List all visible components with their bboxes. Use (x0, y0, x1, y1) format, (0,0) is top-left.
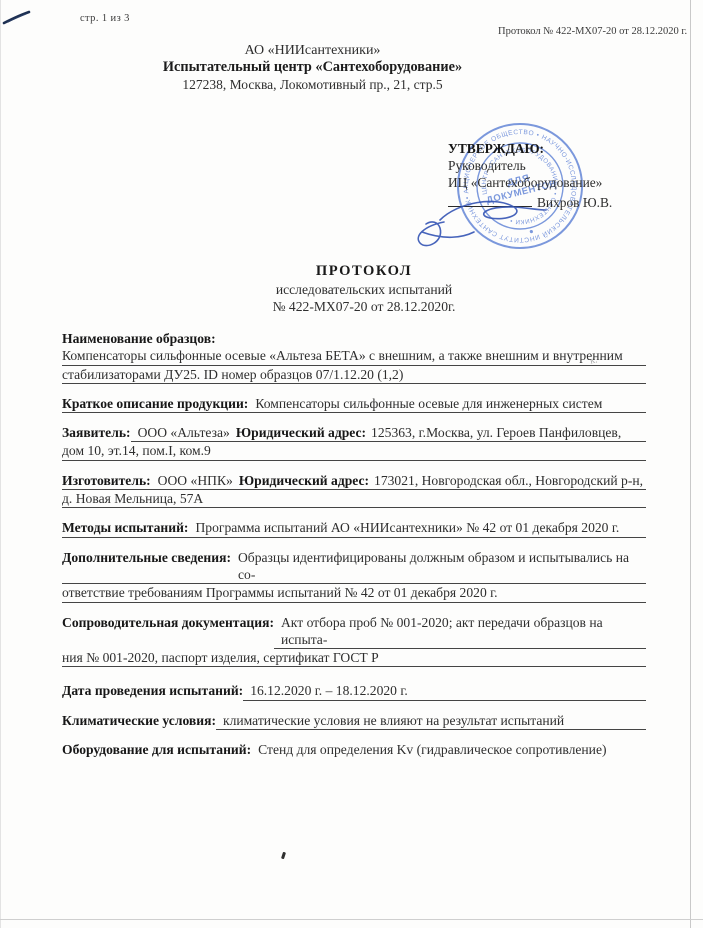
legal-address-label: Юридический адрес: (230, 425, 371, 440)
field-label: Заявитель: (62, 424, 131, 441)
field-value: Программа испытаний АО «НИИсантехники» №… (188, 519, 646, 536)
field-row: Заявитель: ООО «Альтеза»Юридический адре… (62, 424, 646, 442)
field-test-dates: Дата проведения испытаний: 16.12.2020 г.… (62, 682, 646, 700)
field-label: Дата проведения испытаний: (62, 682, 243, 699)
test-center-name: Испытательный центр «Сантехоборудование» (0, 59, 625, 76)
field-label: Методы испытаний: (62, 519, 188, 536)
legal-address-value: 125363, г.Москва, ул. Героев Панфиловцев… (371, 425, 621, 440)
field-value-continuation: д. Новая Мельница, 57А (62, 490, 646, 508)
field-applicant: Заявитель: ООО «Альтеза»Юридический адре… (62, 424, 646, 461)
field-value: Образцы идентифицированы должным образом… (231, 549, 646, 584)
organization-name: АО «НИИсантехники» (0, 42, 625, 59)
field-value: Компенсаторы сильфонные осевые «Альтеза … (62, 347, 646, 365)
field-label: Сопроводительная документация: (62, 614, 274, 631)
page-number: стр. 1 из 3 (80, 13, 130, 24)
field-value: Стенд для определения Kv (гидравлическое… (251, 741, 646, 758)
protocol-reference: Протокол № 422-МХ07-20 от 28.12.2020 г. (498, 26, 703, 37)
field-value: Акт отбора проб № 001-2020; акт передачи… (274, 614, 646, 650)
field-row: Оборудование для испытаний: Стенд для оп… (62, 741, 646, 758)
legal-address-label: Юридический адрес: (233, 473, 374, 488)
organization-address: 127238, Москва, Локомотивный пр., 21, ст… (0, 76, 625, 93)
field-value: стабилизаторами ДУ25. ID номер образцов … (62, 366, 646, 384)
field-label: Наименование образцов: (62, 330, 216, 347)
legal-address-value: 173021, Новгородская обл., Новгородский … (374, 473, 643, 488)
field-additional-info: Дополнительные сведения: Образцы идентиф… (62, 549, 646, 603)
field-row: Дополнительные сведения: Образцы идентиф… (62, 549, 646, 585)
field-label: Краткое описание продукции: (62, 395, 248, 412)
field-value: Компенсаторы сильфонные осевые для инжен… (248, 395, 646, 412)
document-subtitle: исследовательских испытаний (24, 281, 703, 299)
field-label: Изготовитель: (62, 472, 151, 489)
field-test-equipment: Оборудование для испытаний: Стенд для оп… (62, 741, 646, 758)
field-label: Оборудование для испытаний: (62, 741, 251, 758)
field-row: Сопроводительная документация: Акт отбор… (62, 614, 646, 650)
scan-edge-left (0, 0, 1, 928)
field-row: Дата проведения испытаний: 16.12.2020 г.… (62, 682, 646, 700)
field-row: Климатические условия: климатические усл… (62, 712, 646, 730)
field-value-continuation: дом 10, эт.14, пом.I, ком.9 (62, 442, 646, 460)
field-label-row: Наименование образцов: (62, 330, 646, 347)
approver-role: Руководитель (448, 157, 612, 174)
ink-speck (281, 852, 286, 860)
document-title: ПРОТОКОЛ (24, 263, 703, 281)
field-row: Методы испытаний: Программа испытаний АО… (62, 519, 646, 537)
document-title-block: ПРОТОКОЛ исследовательских испытаний № 4… (24, 263, 703, 316)
pen-mark (2, 8, 36, 30)
field-row: Краткое описание продукции: Компенсаторы… (62, 395, 646, 413)
field-value: ООО «Альтеза»Юридический адрес:125363, г… (131, 424, 646, 442)
field-manufacturer: Изготовитель: ООО «НПК»Юридический адрес… (62, 472, 646, 509)
field-product-description: Краткое описание продукции: Компенсаторы… (62, 395, 646, 413)
field-accompanying-docs: Сопроводительная документация: Акт отбор… (62, 614, 646, 668)
field-value-continuation: ния № 001-2020, паспорт изделия, сертифи… (62, 649, 646, 667)
applicant-name: ООО «Альтеза» (138, 425, 230, 440)
field-value: 16.12.2020 г. – 18.12.2020 г. (243, 682, 646, 700)
field-value: ООО «НПК»Юридический адрес:173021, Новго… (151, 472, 646, 489)
scan-edge-bottom (0, 919, 703, 920)
handwritten-signature (410, 180, 590, 258)
approval-title: УТВЕРЖДАЮ: (448, 140, 612, 157)
letterhead: АО «НИИсантехники» Испытательный центр «… (0, 42, 625, 93)
manufacturer-name: ООО «НПК» (158, 473, 233, 488)
field-row: Изготовитель: ООО «НПК»Юридический адрес… (62, 472, 646, 490)
field-label: Климатические условия: (62, 712, 216, 729)
field-value-continuation: ответствие требованиям Программы испытан… (62, 584, 646, 602)
field-sample-name: Наименование образцов: Компенсаторы силь… (62, 330, 646, 384)
field-label: Дополнительные сведения: (62, 549, 231, 566)
field-climatic-conditions: Климатические условия: климатические усл… (62, 712, 646, 730)
document-body: Наименование образцов: Компенсаторы силь… (62, 330, 646, 769)
scan-edge-right (690, 0, 691, 928)
scanned-document-page: стр. 1 из 3 Протокол № 422-МХ07-20 от 28… (0, 0, 703, 928)
protocol-number-line: № 422-МХ07-20 от 28.12.2020г. (24, 298, 703, 316)
field-value: климатические условия не влияют на резул… (216, 712, 646, 730)
field-test-methods: Методы испытаний: Программа испытаний АО… (62, 519, 646, 537)
